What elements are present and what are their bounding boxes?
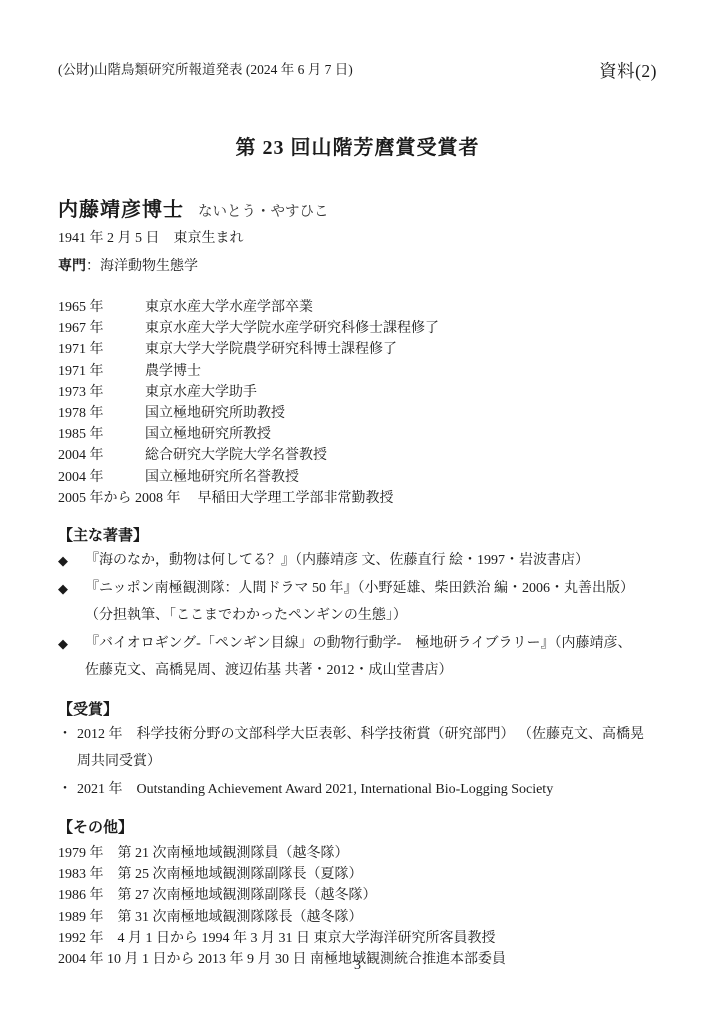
others-line: 1989 年 第 31 次南極地域観測隊隊長（越冬隊） [58,907,657,928]
book-line: 『海のなか，動物は何してる？』（内藤靖彦 文、佐藤直行 絵・1997・岩波書店） [85,553,589,568]
others-line: 1979 年 第 21 次南極地域観測隊員（越冬隊） [58,843,657,864]
others-list: 1979 年 第 21 次南極地域観測隊員（越冬隊） 1983 年 第 25 次… [58,843,657,970]
career-year: 1978 年 [58,403,128,424]
career-row: 2004 年 総合研究大学院大学名誉教授 [58,445,657,466]
diamond-bullet-icon: ◆ [58,630,85,685]
document-header: (公財)山階鳥類研究所報道発表 (2024 年 6 月 7 日) 資料(2) [58,60,657,82]
career-year: 1965 年 [58,297,128,318]
book-line: 『バイオロギング-「ペンギン目線」の動物行動学- 極地研ライブラリー』（内藤靖彦… [85,636,632,651]
awards-list: ・ 2012 年 科学技術分野の文部科学大臣表彰、科学技術賞（研究部門） （佐藤… [58,721,657,804]
page-title: 第 23 回山階芳麿賞受賞者 [58,134,657,162]
career-text: 東京大学大学院農学研究科博士課程修了 [145,339,657,360]
career-text: 国立極地研究所教授 [145,424,657,445]
others-heading: 【その他】 [58,817,657,839]
career-text: 東京水産大学水産学部卒業 [145,297,657,318]
career-row: 1985 年 国立極地研究所教授 [58,424,657,445]
award-text: 2012 年 科学技術分野の文部科学大臣表彰、科学技術賞（研究部門） （佐藤克文… [77,721,657,776]
career-row: 1971 年 農学博士 [58,361,657,382]
book-line: 佐藤克文、高橋晃周、渡辺佑基 共著・2012・成山堂書店） [85,657,657,685]
books-heading: 【主な著書】 [58,525,657,547]
specialty-value: ：海洋動物生態学 [86,259,198,274]
awardee-name: 内藤靖彦博士 [58,199,184,221]
book-line: 『ニッポン南極観測隊：人間ドラマ 50 年』（小野延雄、柴田鉄治 編・2006・… [85,581,634,596]
award-item: ・ 2012 年 科学技術分野の文部科学大臣表彰、科学技術賞（研究部門） （佐藤… [58,721,657,776]
books-list: ◆ 『海のなか，動物は何してる？』（内藤靖彦 文、佐藤直行 絵・1997・岩波書… [58,547,657,685]
career-year: 1971 年 [58,339,128,360]
page-number: 3 [0,958,715,974]
diamond-bullet-icon: ◆ [58,547,85,575]
awards-heading: 【受賞】 [58,699,657,721]
career-row: 1967 年 東京水産大学大学院水産学研究科修士課程修了 [58,318,657,339]
career-row: 1965 年 東京水産大学水産学部卒業 [58,297,657,318]
career-year: 2005 年から 2008 年 [58,488,181,509]
specialty-label: 専門 [58,257,86,273]
career-text: 国立極地研究所助教授 [145,403,657,424]
career-row: 1973 年 東京水産大学助手 [58,382,657,403]
career-year: 1967 年 [58,318,128,339]
books-section: 【主な著書】 ◆ 『海のなか，動物は何してる？』（内藤靖彦 文、佐藤直行 絵・1… [58,525,657,685]
career-row: 1971 年 東京大学大学院農学研究科博士課程修了 [58,339,657,360]
book-line: （分担執筆、「ここまでわかったペンギンの生態」） [85,602,657,630]
others-section: 【その他】 1979 年 第 21 次南極地域観測隊員（越冬隊） 1983 年 … [58,817,657,970]
award-line: 2012 年 科学技術分野の文部科学大臣表彰、科学技術賞（研究部門） （佐藤克文… [77,727,644,742]
career-row: 2004 年 国立極地研究所名誉教授 [58,467,657,488]
press-release-source: (公財)山階鳥類研究所報道発表 (2024 年 6 月 7 日) [58,60,353,79]
dot-bullet-icon: ・ [58,776,77,804]
awards-section: 【受賞】 ・ 2012 年 科学技術分野の文部科学大臣表彰、科学技術賞（研究部門… [58,699,657,804]
book-item: ◆ 『ニッポン南極観測隊：人間ドラマ 50 年』（小野延雄、柴田鉄治 編・200… [58,575,657,630]
birth-line: 1941 年 2 月 5 日 東京生まれ [58,226,657,252]
book-text: 『海のなか，動物は何してる？』（内藤靖彦 文、佐藤直行 絵・1997・岩波書店） [85,547,657,575]
dot-bullet-icon: ・ [58,721,77,776]
book-item: ◆ 『バイオロギング-「ペンギン目線」の動物行動学- 極地研ライブラリー』（内藤… [58,630,657,685]
document-reference-label: 資料(2) [599,60,657,82]
awardee-name-kana: ないとう・やすひこ [198,204,329,220]
career-text: 東京水産大学助手 [145,382,657,403]
career-year: 1985 年 [58,424,128,445]
diamond-bullet-icon: ◆ [58,575,85,630]
career-text: 東京水産大学大学院水産学研究科修士課程修了 [145,318,657,339]
specialty-line: 専門：海洋動物生態学 [58,252,657,280]
others-line: 1983 年 第 25 次南極地域観測隊副隊長（夏隊） [58,864,657,885]
others-line: 1992 年 4 月 1 日から 1994 年 3 月 31 日 東京大学海洋研… [58,928,657,949]
career-row: 2005 年から 2008 年 早稲田大学理工学部非常勤教授 [58,488,657,509]
career-year: 2004 年 [58,467,128,488]
career-history-list: 1965 年 東京水産大学水産学部卒業 1967 年 東京水産大学大学院水産学研… [58,297,657,509]
career-row: 1978 年 国立極地研究所助教授 [58,403,657,424]
others-line: 1986 年 第 27 次南極地域観測隊副隊長（越冬隊） [58,885,657,906]
profile-section: 内藤靖彦博士 ないとう・やすひこ 1941 年 2 月 5 日 東京生まれ 専門… [58,196,657,280]
award-text: 2021 年 Outstanding Achievement Award 202… [77,776,657,804]
career-text: 農学博士 [145,361,657,382]
book-item: ◆ 『海のなか，動物は何してる？』（内藤靖彦 文、佐藤直行 絵・1997・岩波書… [58,547,657,575]
career-year: 2004 年 [58,445,128,466]
career-year: 1971 年 [58,361,128,382]
career-text: 総合研究大学院大学名誉教授 [145,445,657,466]
award-line: 周共同受賞） [77,748,657,776]
award-line: 2021 年 Outstanding Achievement Award 202… [77,782,553,797]
career-text: 国立極地研究所名誉教授 [145,467,657,488]
book-text: 『バイオロギング-「ペンギン目線」の動物行動学- 極地研ライブラリー』（内藤靖彦… [85,630,657,685]
career-text: 早稲田大学理工学部非常勤教授 [198,488,658,509]
document-page: (公財)山階鳥類研究所報道発表 (2024 年 6 月 7 日) 資料(2) 第… [0,0,715,1024]
award-item: ・ 2021 年 Outstanding Achievement Award 2… [58,776,657,804]
career-year: 1973 年 [58,382,128,403]
awardee-name-line: 内藤靖彦博士 ないとう・やすひこ [58,196,657,226]
book-text: 『ニッポン南極観測隊：人間ドラマ 50 年』（小野延雄、柴田鉄治 編・2006・… [85,575,657,630]
